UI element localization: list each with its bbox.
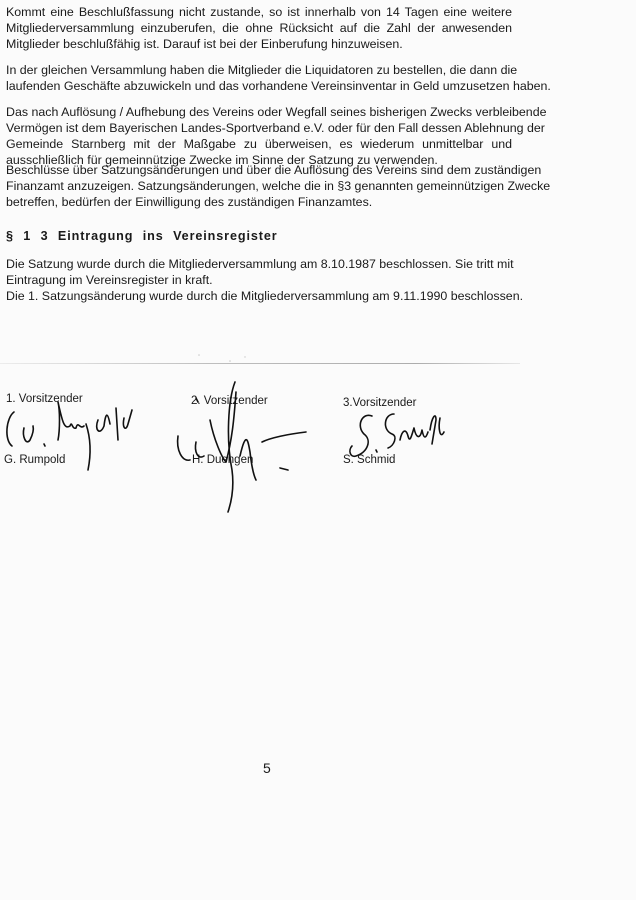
- paragraph-4: Beschlüsse über Satzungsänderungen und ü…: [6, 162, 512, 210]
- signatory-1-role: 1. Vorsitzender: [6, 393, 83, 405]
- signatory-2-name: H. Duengen: [192, 454, 253, 466]
- paragraph-1: Kommt eine Beschlußfassung nicht zustand…: [6, 4, 512, 52]
- text-line: Mitgliederversammlung einzuberufen, die …: [6, 20, 512, 36]
- signatory-3-name: S. Schmid: [343, 454, 395, 466]
- text-line: Vermögen ist dem Bayerischen Landes-Spor…: [6, 120, 512, 136]
- section-paragraph: Die Satzung wurde durch die Mitgliederve…: [6, 256, 512, 304]
- text-line: Das nach Auflösung / Aufhebung des Verei…: [6, 104, 512, 120]
- scan-artifact-line: [0, 363, 520, 364]
- text-line: Gemeinde Starnberg mit der Maßgabe zu üb…: [6, 136, 512, 152]
- paragraph-3: Das nach Auflösung / Aufhebung des Verei…: [6, 104, 512, 168]
- signatory-2-role: 2. Vorsitzender: [191, 395, 268, 407]
- text-line: Die Satzung wurde durch die Mitgliederve…: [6, 256, 512, 272]
- text-line: laufenden Geschäfte abzuwickeln und das …: [6, 78, 512, 94]
- section-heading: § 1 3 Eintragung ins Vereinsregister: [6, 229, 278, 243]
- signature-schmid-icon: [350, 414, 444, 456]
- text-line: Finanzamt anzuzeigen. Satzungsänderungen…: [6, 178, 512, 194]
- page-number: 5: [263, 760, 271, 776]
- text-line: betreffen, bedürfen der Einwilligung des…: [6, 194, 512, 210]
- paragraph-2: In der gleichen Versammlung haben die Mi…: [6, 62, 512, 94]
- signatory-1-name: G. Rumpold: [4, 454, 65, 466]
- text-line: Mitglieder beschlußfähig ist. Darauf ist…: [6, 36, 512, 52]
- text-line: Beschlüsse über Satzungsänderungen und ü…: [6, 162, 512, 178]
- document-page: Kommt eine Beschlußfassung nicht zustand…: [0, 0, 636, 900]
- text-line: Eintragung im Vereinsregister in kraft.: [6, 272, 512, 288]
- text-line: Die 1. Satzungsänderung wurde durch die …: [6, 288, 512, 304]
- text-line: In der gleichen Versammlung haben die Mi…: [6, 62, 512, 78]
- text-line: Kommt eine Beschlußfassung nicht zustand…: [6, 4, 512, 20]
- signatory-3-role: 3.Vorsitzender: [343, 397, 417, 409]
